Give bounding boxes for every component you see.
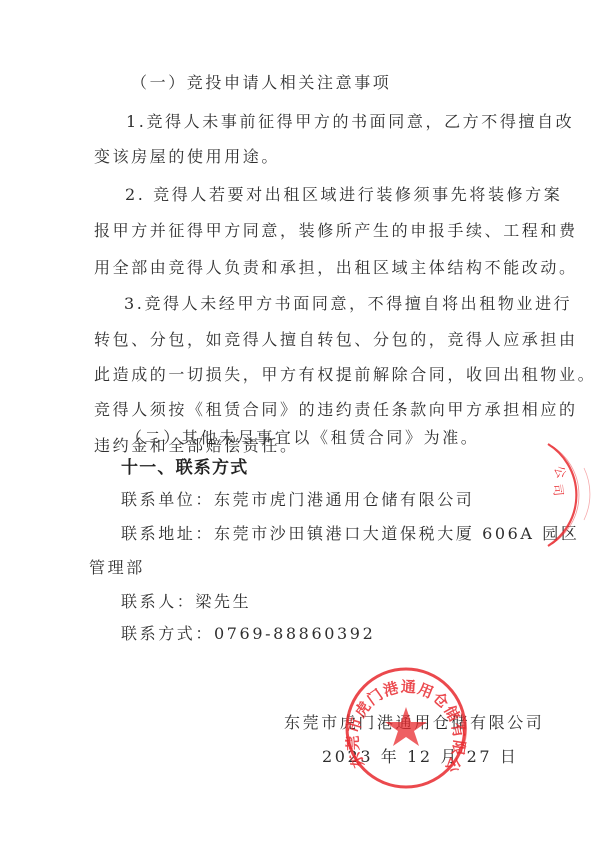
edge-stamp-char: 公 bbox=[551, 464, 568, 480]
document-page: （一）竞投申请人相关注意事项 1.竞得人未事前征得甲方的书面同意，乙方不得擅自改… bbox=[0, 0, 602, 849]
item-1-line-2: 变该房屋的使用用途。 bbox=[94, 147, 280, 167]
section-1-heading: （一）竞投申请人相关注意事项 bbox=[131, 73, 391, 93]
item-3-line-1: 3.竞得人未经甲方书面同意，不得擅自将出租物业进行 bbox=[124, 294, 572, 314]
item-3-line-4: 竞得人须按《租赁合同》的违约责任条款向甲方承担相应的 bbox=[94, 400, 578, 420]
edge-seal-stamp: 公 司 bbox=[540, 440, 602, 550]
contact-person: 联系人：梁先生 bbox=[121, 592, 251, 612]
contact-heading: 十一、联系方式 bbox=[121, 458, 248, 478]
contact-phone: 联系方式：0769-88860392 bbox=[121, 624, 375, 644]
item-3-line-2: 转包、分包，如竞得人擅自转包、分包的，竞得人应承担由 bbox=[94, 330, 578, 350]
edge-stamp-char: 司 bbox=[551, 483, 566, 496]
item-3-line-3: 此造成的一切损失，甲方有权提前解除合同，收回出租物业。 bbox=[94, 365, 596, 385]
item-1-line-1: 1.竞得人未事前征得甲方的书面同意，乙方不得擅自改 bbox=[126, 112, 574, 132]
company-seal-stamp: 东莞市虎门港通用仓储有限公司 bbox=[343, 665, 469, 791]
item-2-line-3: 用全部由竞得人负责和承担，出租区域主体结构不能改动。 bbox=[94, 258, 578, 278]
item-2-line-2: 报甲方并征得甲方同意，装修所产生的申报手续、工程和费 bbox=[94, 221, 578, 241]
contact-address-line-2: 管理部 bbox=[89, 558, 145, 578]
contact-address-line-1: 联系地址：东莞市沙田镇港口大道保税大厦 606A 园区 bbox=[121, 524, 579, 544]
section-2-heading: （二）其他未尽事宜以《租赁合同》为准。 bbox=[126, 428, 479, 448]
item-2-line-1: 2. 竞得人若要对出租区域进行装修须事先将装修方案 bbox=[125, 185, 562, 205]
contact-unit: 联系单位：东莞市虎门港通用仓储有限公司 bbox=[121, 490, 474, 510]
